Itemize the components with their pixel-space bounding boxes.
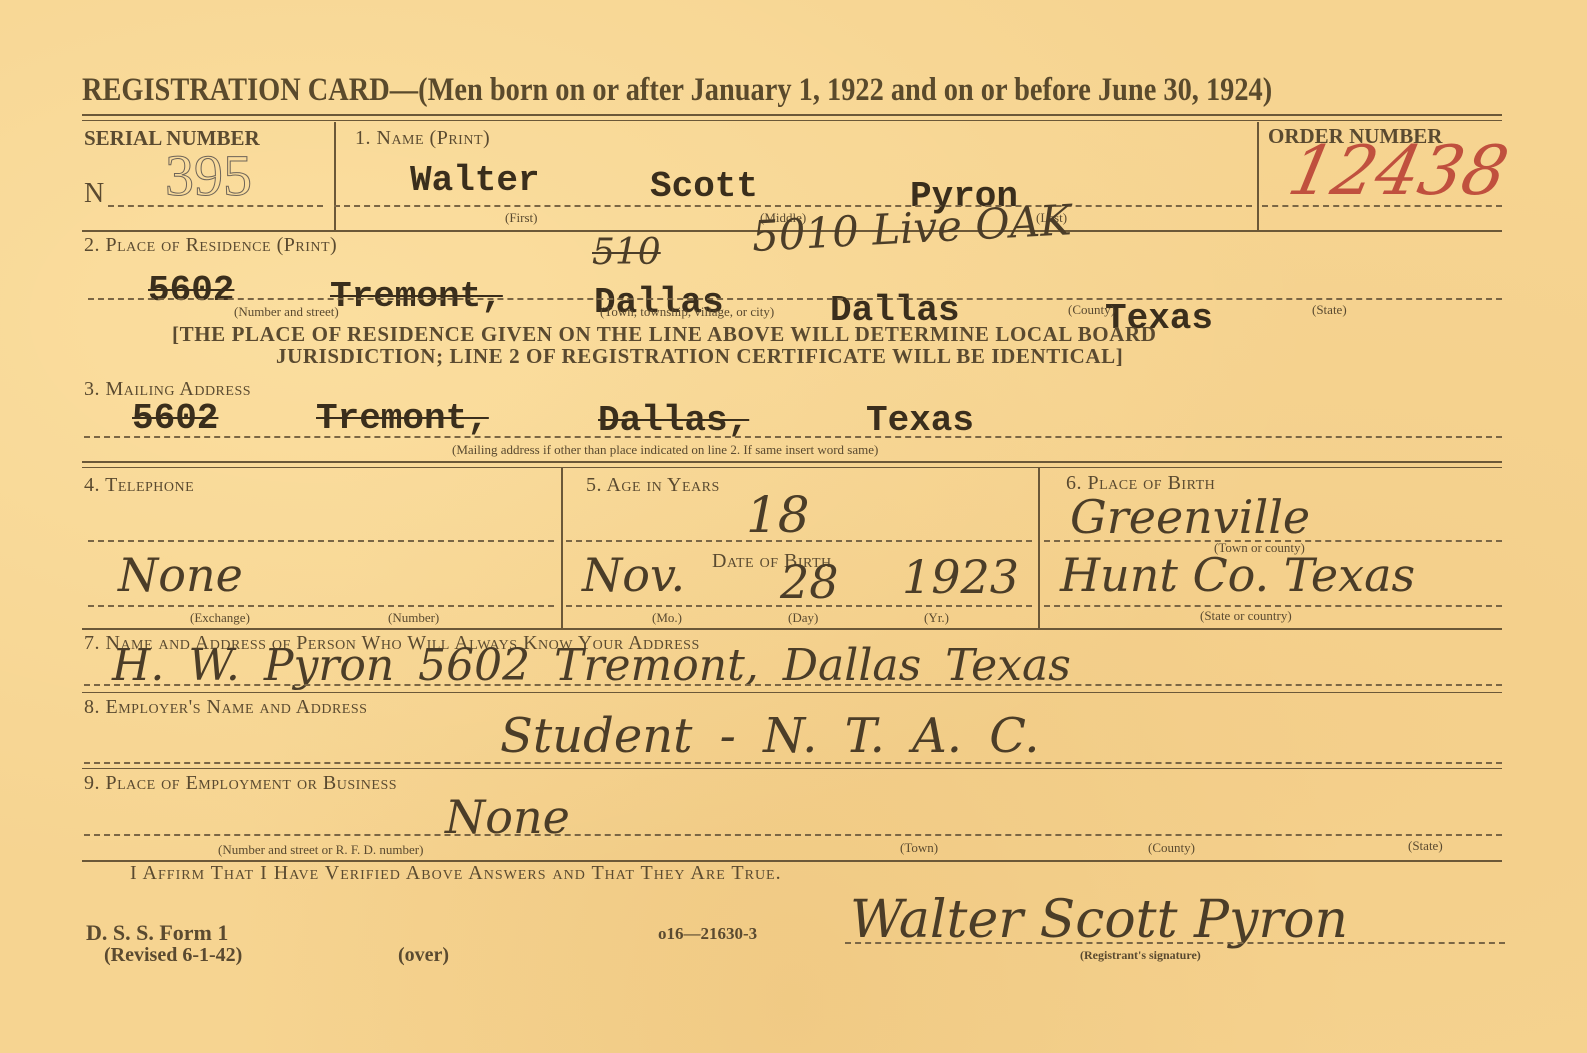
mailing-city: Dallas, (598, 400, 749, 441)
serial-number-value: 395 (165, 142, 252, 209)
dob-sub-yr: (Yr.) (924, 610, 949, 626)
row4-rule (82, 628, 1502, 630)
mailing-street: Tremont, (316, 398, 489, 439)
birthplace-line-2 (1044, 605, 1502, 607)
residence-line (88, 298, 1502, 300)
telephone-value: None (118, 548, 243, 602)
birthplace-town: Greenville (1070, 490, 1310, 544)
age-value: 18 (746, 486, 810, 544)
residence-struck-number: 510 (592, 232, 661, 273)
employment-sub-county: (County) (1148, 840, 1195, 856)
order-divider (1257, 122, 1259, 230)
telephone-label-text: 4. Telephone (84, 474, 194, 496)
employment-sub-street: (Number and street or R. F. D. number) (218, 842, 423, 858)
name-line (334, 205, 1252, 207)
residence-label-text: 2. Place of Residence (Print) (84, 234, 337, 256)
telephone-sub-number: (Number) (388, 610, 439, 626)
mailing-label-text: 3. Mailing Address (84, 378, 251, 400)
name-label: 1. Name (Print) (355, 127, 490, 150)
dob-year: 1923 (902, 550, 1019, 604)
signature-line (845, 942, 1505, 944)
order-line (1262, 205, 1502, 207)
title-rule-2 (82, 120, 1502, 121)
form-revised: (Revised 6-1-42) (104, 944, 242, 967)
residence-sub-county: (County) (1068, 302, 1115, 318)
contact-line (84, 684, 1502, 686)
birthplace-divider (1038, 468, 1040, 628)
signature-sub: (Registrant's signature) (1080, 948, 1201, 963)
employment-line (84, 834, 1502, 836)
mailing-state: Texas (866, 400, 974, 441)
mailing-line (84, 436, 1502, 438)
residence-note-2: JURISDICTION; LINE 2 OF REGISTRATION CER… (276, 344, 1123, 369)
serial-divider (334, 122, 336, 230)
age-label-text: 5. Age in Years (586, 474, 720, 496)
age-line (566, 540, 1032, 542)
dob-line (566, 605, 1032, 607)
title-rule (82, 114, 1502, 116)
mailing-number: 5602 (132, 398, 218, 439)
dob-sub-mo: (Mo.) (652, 610, 682, 626)
dob-sub-day: (Day) (788, 610, 818, 626)
mailing-sub: (Mailing address if other than place ind… (452, 442, 878, 458)
employer-label-text: 8. Employer's Name and Address (84, 696, 367, 718)
employment-sub-state: (State) (1408, 838, 1443, 854)
employment-label-text: 9. Place of Employment or Business (84, 772, 397, 794)
form-title: REGISTRATION CARD—(Men born on or after … (82, 72, 1272, 109)
registrant-signature: Walter Scott Pyron (850, 890, 1348, 950)
age-divider (561, 468, 563, 628)
residence-sub-number: (Number and street) (234, 304, 339, 320)
telephone-line-1 (88, 540, 554, 542)
birthplace-state: Hunt Co. Texas (1060, 548, 1415, 602)
row7-rule (82, 692, 1502, 693)
serial-prefix: N (84, 178, 104, 210)
residence-sub-state: (State) (1312, 302, 1347, 318)
telephone-line-2 (88, 605, 554, 607)
employment-label: 9. Place of Employment or Business (84, 772, 397, 795)
affirm-text: I Affirm That I Have Verified Above Answ… (130, 862, 782, 885)
name-label-text: 1. Name (Print) (355, 127, 490, 149)
employer-line (84, 762, 1502, 764)
name-middle: Scott (650, 166, 758, 207)
affirm-text-content: I Affirm That I Have Verified Above Answ… (130, 862, 782, 884)
name-first: Walter (410, 160, 540, 201)
order-number-value: 12438 (1282, 132, 1515, 211)
serial-line (108, 205, 323, 207)
telephone-label: 4. Telephone (84, 474, 194, 497)
telephone-sub-exchange: (Exchange) (190, 610, 250, 626)
dob-month: Nov. (582, 548, 685, 602)
residence-number: 5602 (148, 270, 234, 311)
residence-sub-town: (Town, township, village, or city) (600, 304, 774, 320)
row3-rule (82, 461, 1502, 463)
birthplace-sub-state: (State or country) (1200, 608, 1292, 624)
employer-value: Student - N. T. A. C. (500, 708, 1040, 764)
print-code: o16—21630-3 (658, 924, 757, 944)
employer-label: 8. Employer's Name and Address (84, 696, 367, 719)
form-name: D. S. S. Form 1 (86, 920, 228, 946)
residence-label: 2. Place of Residence (Print) (84, 234, 337, 257)
dob-day: 28 (780, 555, 839, 609)
employment-sub-town: (Town) (900, 840, 938, 856)
row3-rule-2 (82, 467, 1502, 468)
residence-street: Tremont, (330, 276, 503, 317)
age-label: 5. Age in Years (586, 474, 720, 497)
name-first-sub: (First) (505, 210, 538, 226)
form-over: (over) (398, 944, 449, 967)
row8-rule (82, 768, 1502, 769)
